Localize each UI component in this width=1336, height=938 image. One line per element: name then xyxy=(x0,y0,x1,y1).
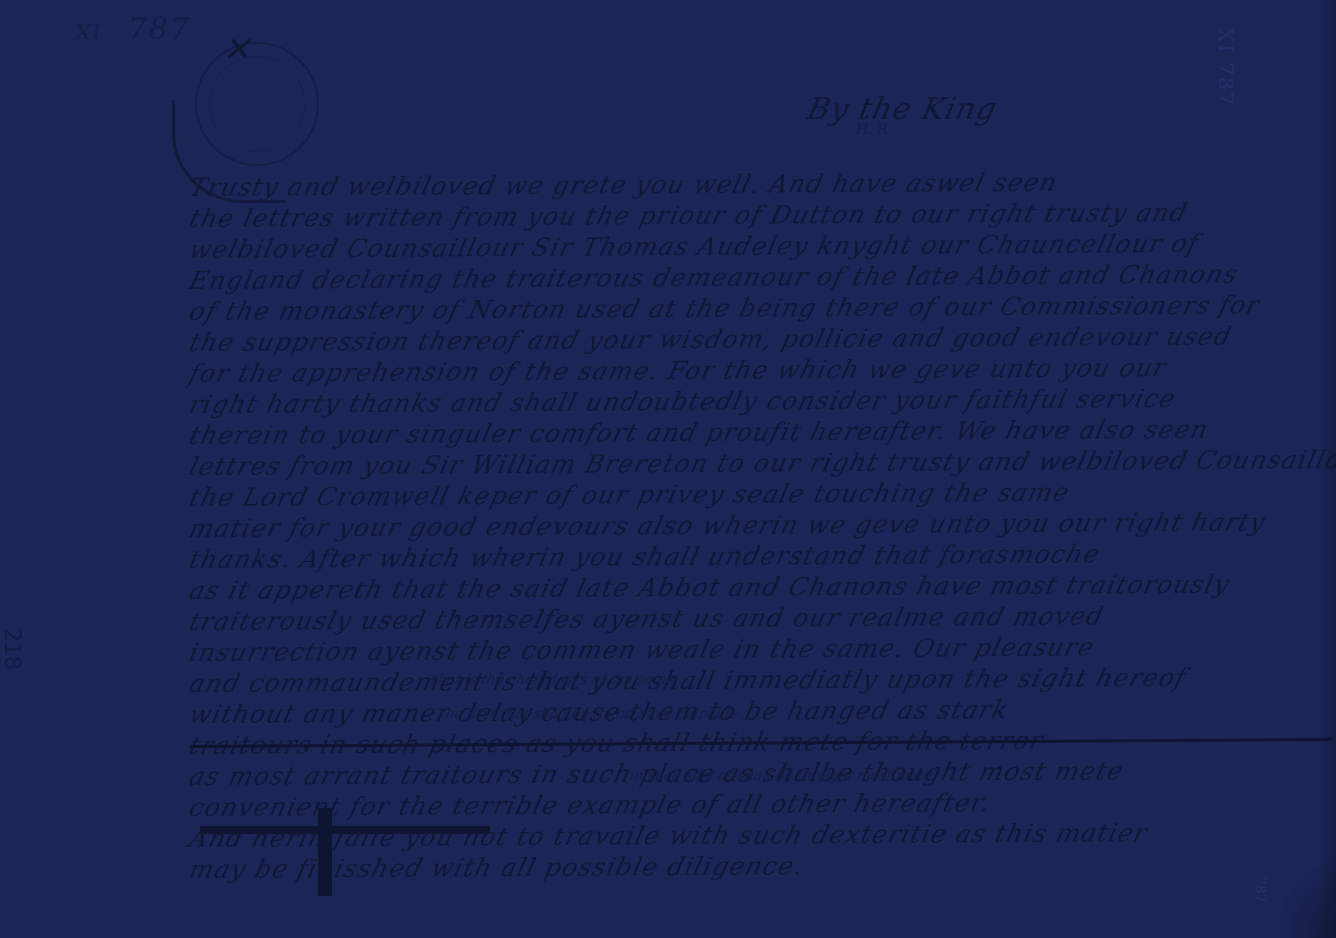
heavy-deletion-strike xyxy=(200,826,490,834)
folio-number: 787 xyxy=(128,12,191,47)
folio-prefix: XI xyxy=(76,20,102,44)
interlinear-note: the first that shall be found most culpa… xyxy=(438,706,740,722)
folio-number-top: XI 787 xyxy=(76,12,191,47)
heavy-deletion-cross xyxy=(318,808,332,896)
letter-heading: By the King xyxy=(804,92,1000,127)
interlinear-note: that is the chief doers of the same xyxy=(430,672,676,688)
interlinear-note: in such sort as shall be thought most me… xyxy=(628,768,934,784)
folio-number-left-margin: 218 xyxy=(0,628,24,670)
letter-heading-sub: H. R. xyxy=(856,122,892,138)
manuscript-line: may be finisshed with all possible dilig… xyxy=(186,847,1335,885)
seal-cross-mark: ✕ xyxy=(222,30,251,70)
manuscript-page: XI 787 218 XI 787 787 ✕ By the King H. R… xyxy=(0,0,1336,938)
margin-note-right: XI 787 xyxy=(1214,28,1238,107)
